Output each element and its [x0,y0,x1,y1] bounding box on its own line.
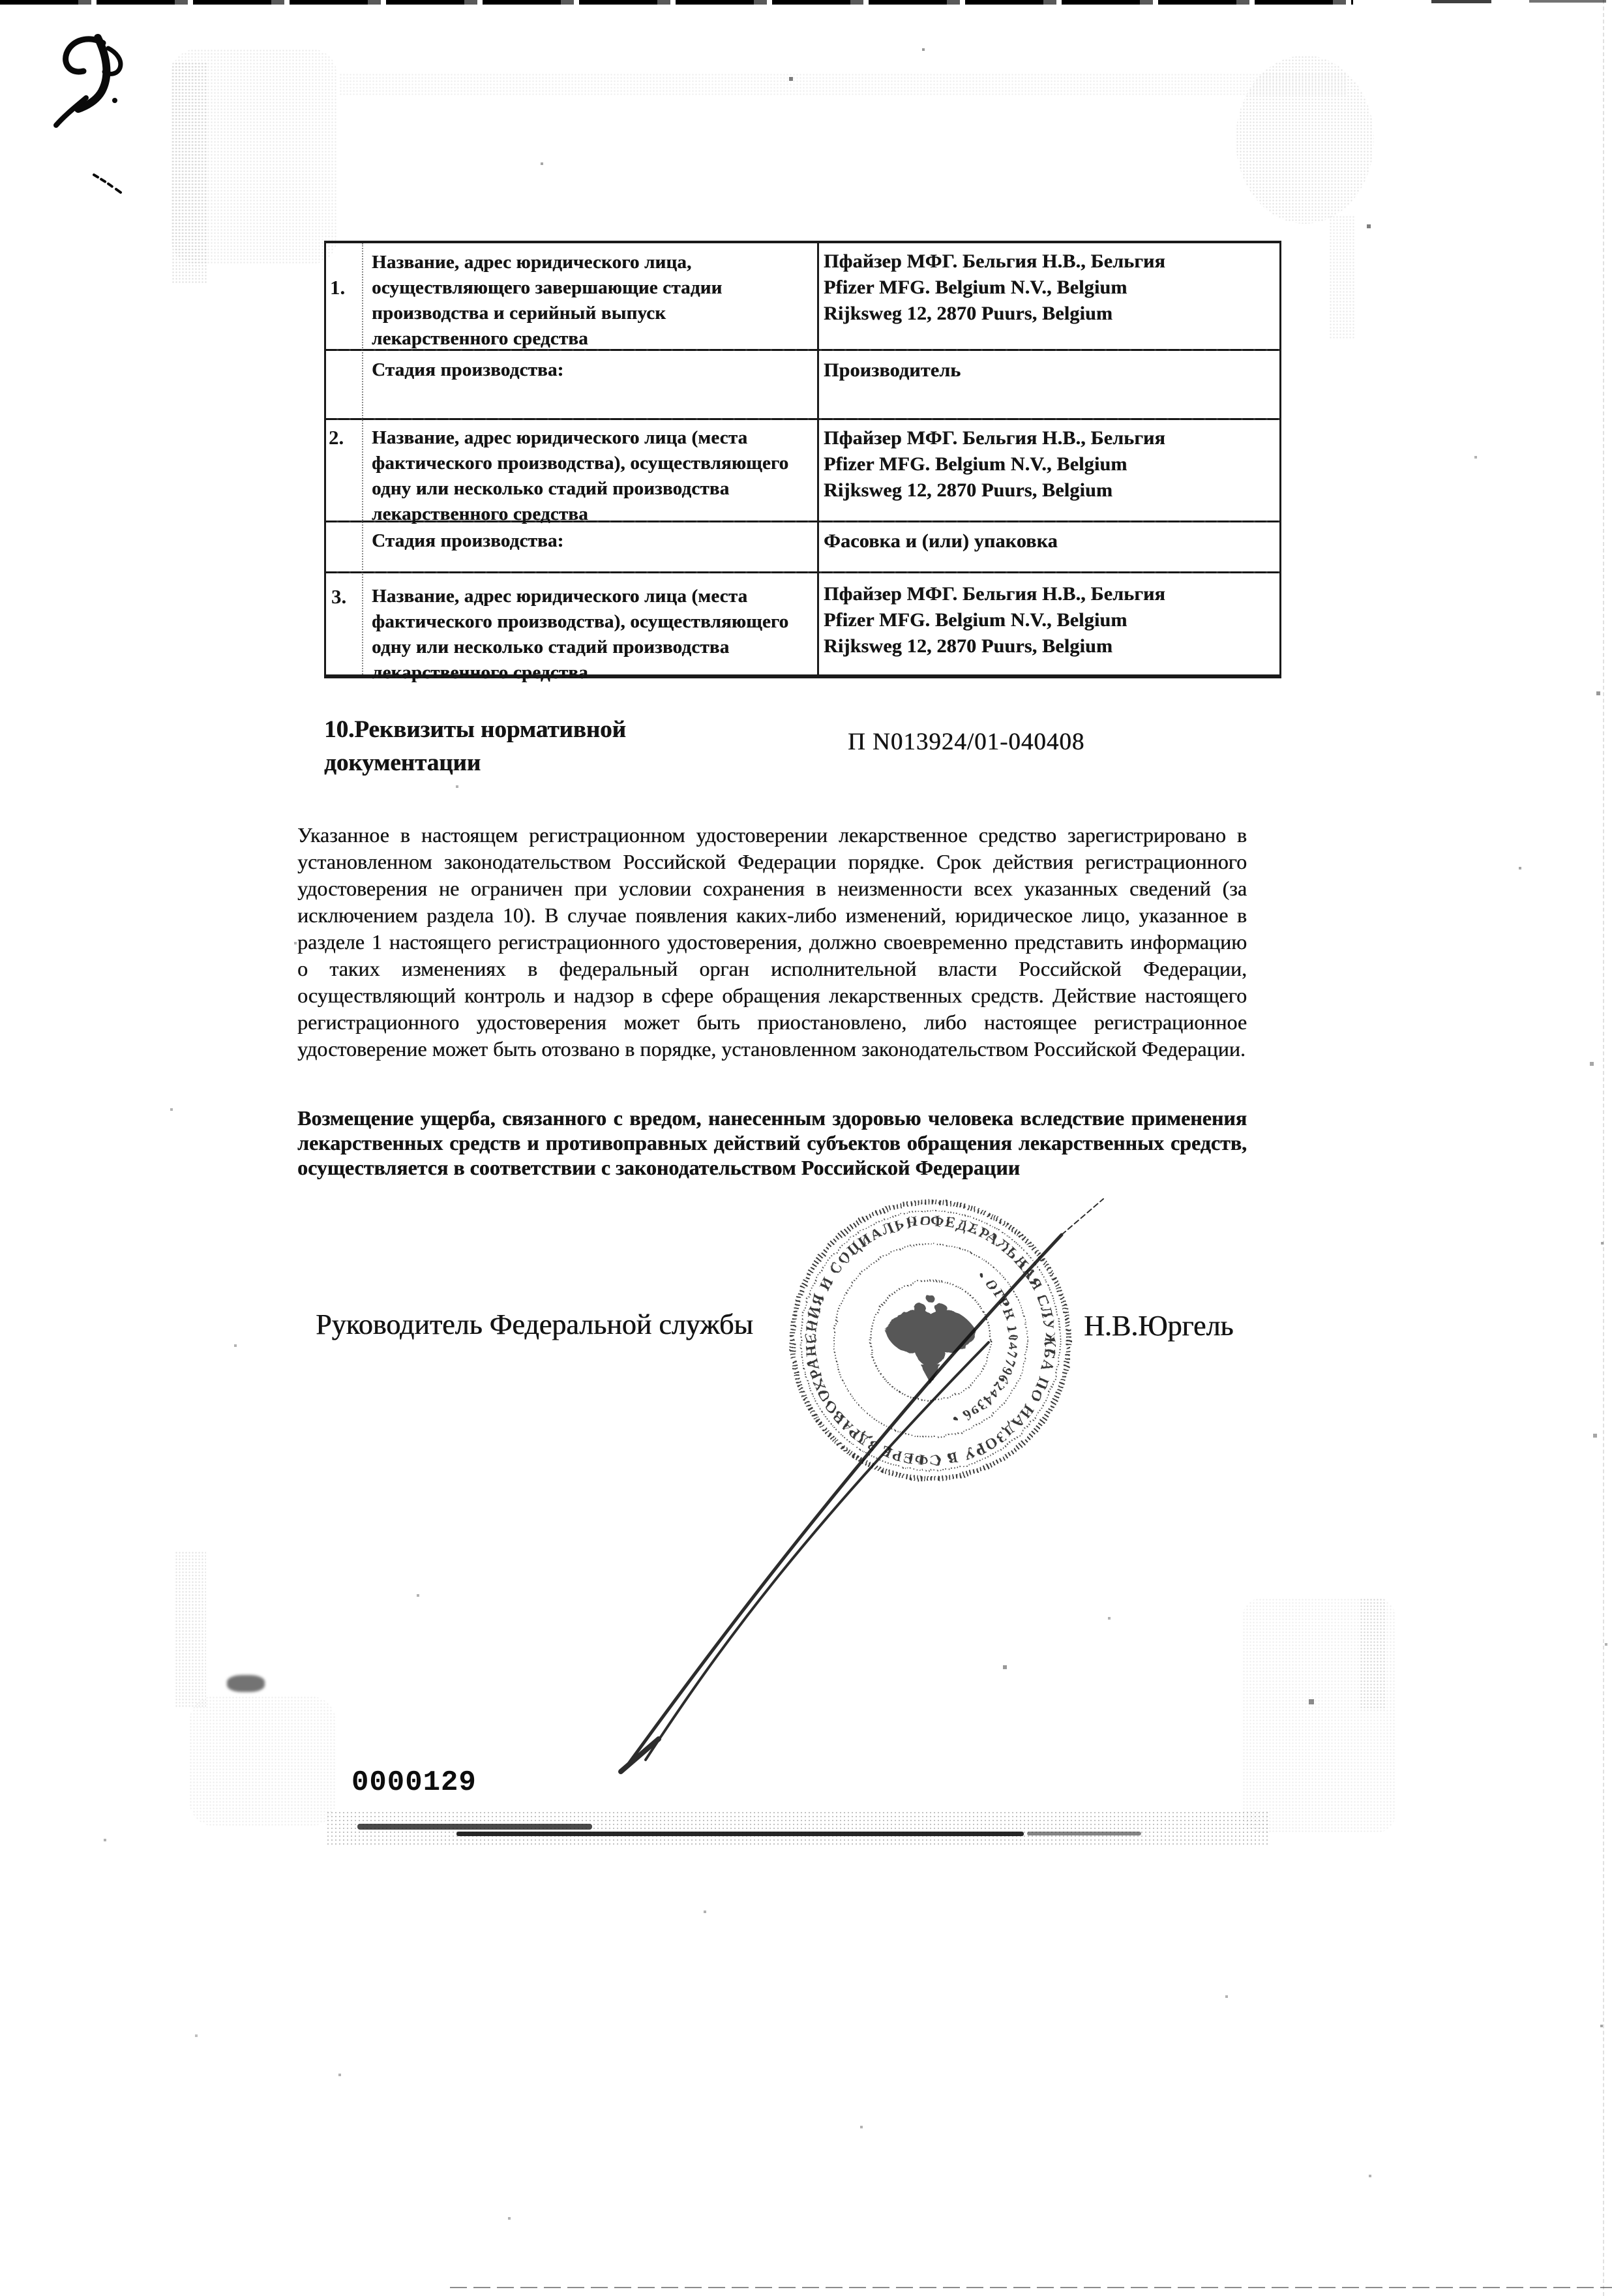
section-10-heading: 10.Реквизиты нормативной документации [324,713,728,779]
value-line: Rijksweg 12, 2870 Puurs, Belgium [824,301,1274,327]
scan-top-edge-line-segment [1431,0,1491,3]
faded-guilloche-rosette-bottom-left [189,1696,336,1826]
table-cell-label: Стадия производства: [372,357,790,383]
table-cell-label: Название, адрес юридического лица (места… [372,425,790,527]
value-line: Пфайзер МФГ. Бельгия Н.В., Бельгия [824,249,1274,275]
manufacturer-table: 1. 2. 3. Название, адрес юридического ли… [324,241,1281,678]
table-cell-value: Производитель [824,357,1274,384]
table-cell-value: Пфайзер МФГ. Бельгия Н.В., Бельгия Pfize… [824,425,1274,504]
ink-smudge-line [456,1832,1024,1836]
value-line: Пфайзер МФГ. Бельгия Н.В., Бельгия [824,581,1274,607]
table-number-column-divider [362,243,363,674]
faded-border-strip [1360,1598,1386,1710]
value-line: Производитель [824,357,1274,384]
handwritten-mark [52,34,137,197]
table-row-divider [326,571,1279,573]
scan-bottom-edge-line [450,2287,1612,2288]
table-column-divider [817,243,819,674]
table-cell-label: Стадия производства: [372,528,790,554]
scan-noise-specks [0,0,1,1]
faded-border-strip [1329,215,1355,339]
legal-paragraph-registration-terms: Указанное в настоящем регистрационном уд… [297,822,1247,1063]
value-line: Pfizer MFG. Belgium N.V., Belgium [824,451,1274,477]
table-row-divider [326,418,1279,420]
scan-right-edge-line [1603,0,1604,2296]
value-line: Rijksweg 12, 2870 Puurs, Belgium [824,633,1274,659]
value-line: Pfizer MFG. Belgium N.V., Belgium [824,275,1274,301]
value-line: Rijksweg 12, 2870 Puurs, Belgium [824,477,1274,504]
ink-smudge-line [357,1824,592,1830]
ink-smudge-line [1027,1832,1141,1835]
table-cell-value: Пфайзер МФГ. Бельгия Н.В., Бельгия Pfize… [824,249,1274,327]
faded-border-band [339,73,1347,97]
registration-number: П N013924/01-040408 [848,728,1084,756]
value-line: Пфайзер МФГ. Бельгия Н.В., Бельгия [824,425,1274,451]
ink-smear [227,1675,265,1692]
signature-strokes [587,1194,1128,1800]
table-cell-value: Фасовка и (или) упаковка [824,528,1274,554]
table-cell-label: Название, адрес юридического лица, осуще… [372,250,790,352]
serial-number: 0000129 [351,1766,477,1799]
value-line: Pfizer MFG. Belgium N.V., Belgium [824,607,1274,633]
table-cell-value: Пфайзер МФГ. Бельгия Н.В., Бельгия Pfize… [824,581,1274,659]
table-row-number: 1. [330,276,345,299]
scanned-certificate-page: 1. 2. 3. Название, адрес юридического ли… [0,0,1612,2296]
table-row-number: 2. [329,426,344,449]
scan-top-edge-line-segment [1529,0,1606,3]
faded-border-strip [172,62,207,284]
faded-border-strip [175,1551,206,1708]
legal-paragraph-damage-compensation: Возмещение ущерба, связанного с вредом, … [297,1106,1247,1180]
table-row-number: 3. [331,585,346,609]
scan-top-edge-line [0,0,1353,5]
table-cell-label: Название, адрес юридического лица (места… [372,584,790,686]
faded-guilloche-rosette-top-right [1236,55,1374,224]
value-line: Фасовка и (или) упаковка [824,528,1274,554]
